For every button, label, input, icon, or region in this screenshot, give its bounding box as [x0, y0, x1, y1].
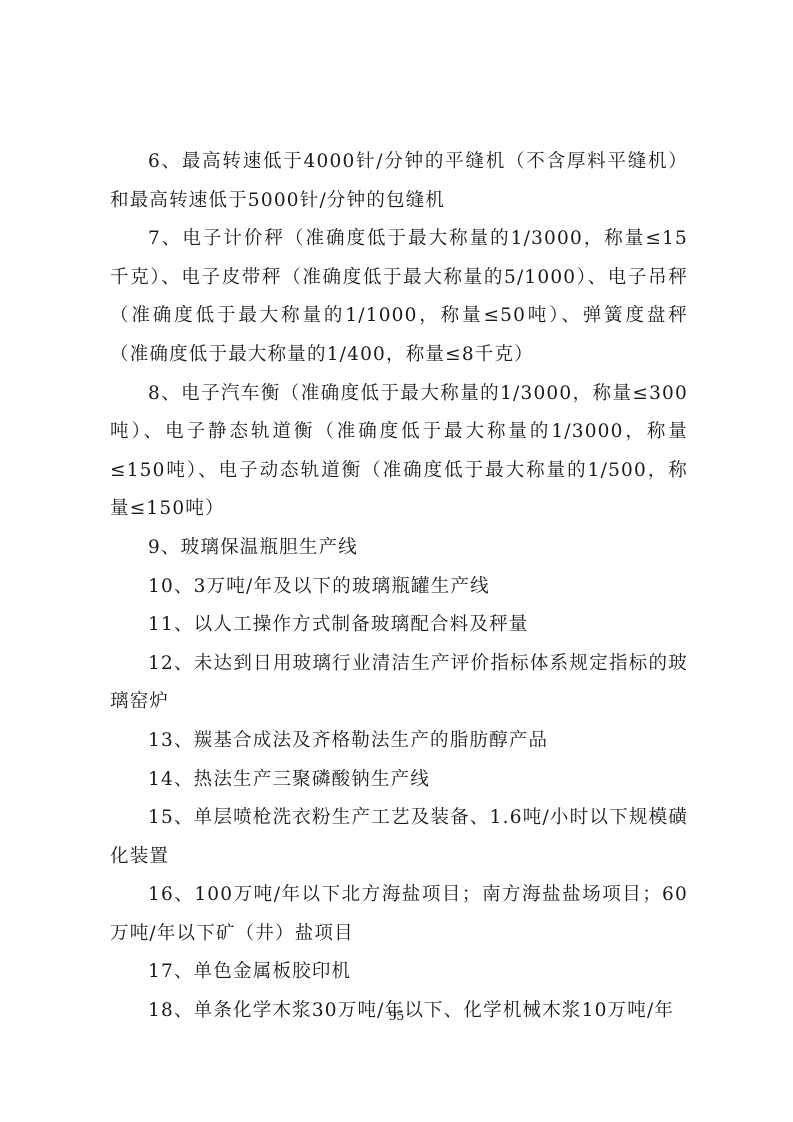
page-number: 95 — [0, 1008, 793, 1025]
list-item-12: 12、未达到日用玻璃行业清洁生产评价指标体系规定指标的玻璃窑炉 — [110, 645, 688, 722]
list-item-14: 14、热法生产三聚磷酸钠生产线 — [110, 761, 688, 800]
document-body: 6、最高转速低于4000针/分钟的平缝机（不含厚料平缝机）和最高转速低于5000… — [110, 143, 688, 1031]
list-item-7: 7、电子计价秤（准确度低于最大称量的1/3000，称量≤15千克）、电子皮带秤（… — [110, 220, 688, 374]
list-item-8: 8、电子汽车衡（准确度低于最大称量的1/3000，称量≤300吨）、电子静态轨道… — [110, 375, 688, 529]
list-item-16: 16、100万吨/年以下北方海盐项目；南方海盐盐场项目；60万吨/年以下矿（井）… — [110, 876, 688, 953]
list-item-13: 13、羰基合成法及齐格勒法生产的脂肪醇产品 — [110, 722, 688, 761]
list-item-9: 9、玻璃保温瓶胆生产线 — [110, 529, 688, 568]
list-item-6: 6、最高转速低于4000针/分钟的平缝机（不含厚料平缝机）和最高转速低于5000… — [110, 143, 688, 220]
list-item-11: 11、以人工操作方式制备玻璃配合料及秤量 — [110, 606, 688, 645]
list-item-10: 10、3万吨/年及以下的玻璃瓶罐生产线 — [110, 568, 688, 607]
list-item-17: 17、单色金属板胶印机 — [110, 953, 688, 992]
list-item-15: 15、单层喷枪洗衣粉生产工艺及装备、1.6吨/小时以下规模磺化装置 — [110, 799, 688, 876]
